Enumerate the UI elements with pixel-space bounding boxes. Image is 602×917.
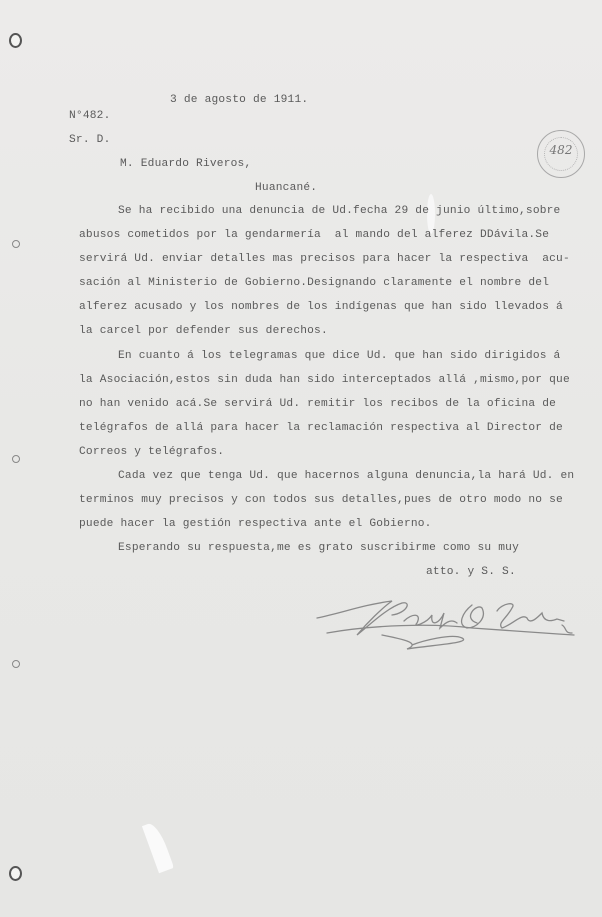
scanned-letter-page: 482 3 de agosto de 1911. N°482. Sr. D. M… xyxy=(0,0,602,917)
body-line: telégrafos de allá para hacer la reclama… xyxy=(79,422,563,434)
body-line: servirá Ud. enviar detalles mas precisos… xyxy=(79,253,570,265)
margin-mark xyxy=(12,455,20,463)
punch-hole-bottom xyxy=(9,866,22,881)
paper-tear xyxy=(142,821,174,873)
body-line: abusos cometidos por la gendarmería al m… xyxy=(79,229,549,241)
margin-mark xyxy=(12,660,20,668)
closing: atto. y S. S. xyxy=(426,566,516,578)
margin-mark xyxy=(12,240,20,248)
body-line: puede hacer la gestión respectiva ante e… xyxy=(79,518,432,530)
body-line: no han venido acá.Se servirá Ud. remitir… xyxy=(79,398,556,410)
body-line: terminos muy precisos y con todos sus de… xyxy=(79,494,563,506)
body-line: sación al Ministerio de Gobierno.Designa… xyxy=(79,277,549,289)
recipient-name: M. Eduardo Riveros, xyxy=(120,158,251,170)
punch-hole-top xyxy=(9,33,22,48)
body-line: Esperando su respuesta,me es grato suscr… xyxy=(118,542,519,554)
body-line: la Asociación,estos sin duda han sido in… xyxy=(79,374,570,386)
body-line: En cuanto á los telegramas que dice Ud. … xyxy=(118,350,560,362)
stamp-number: 482 xyxy=(538,143,584,157)
body-line: alferez acusado y los nombres de los ind… xyxy=(79,301,563,313)
body-line: Se ha recibido una denuncia de Ud.fecha … xyxy=(118,205,560,217)
body-line: la carcel por defender sus derechos. xyxy=(79,325,328,337)
salutation: Sr. D. xyxy=(69,134,110,146)
signature-icon xyxy=(312,583,592,653)
body-line: Cada vez que tenga Ud. que hacernos algu… xyxy=(118,470,574,482)
letter-date: 3 de agosto de 1911. xyxy=(170,94,308,106)
letter-number: N°482. xyxy=(69,110,110,122)
archive-stamp: 482 xyxy=(537,130,585,178)
body-line: Correos y telégrafos. xyxy=(79,446,224,458)
handwritten-signature xyxy=(312,583,592,658)
recipient-place: Huancané. xyxy=(255,182,317,194)
